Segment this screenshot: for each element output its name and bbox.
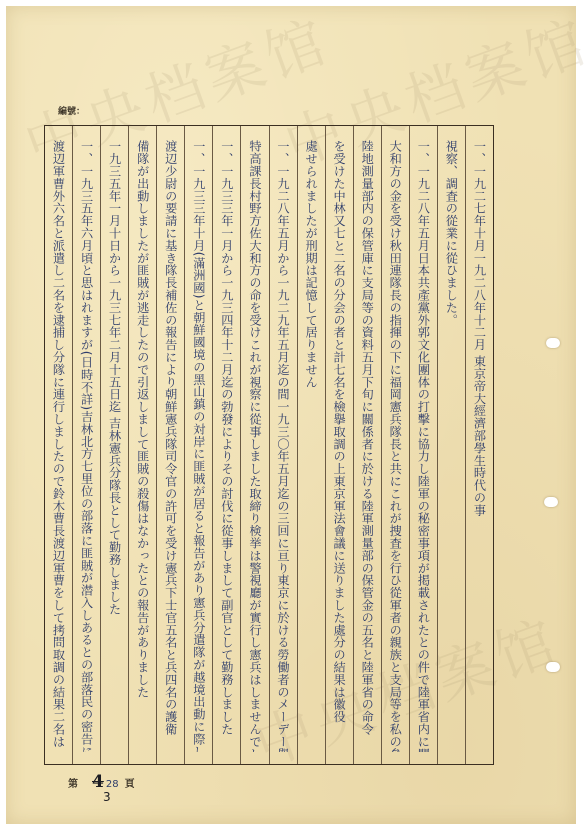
- handwritten-line: 渡辺少尉の要請に基き隊長補佐の報告により朝鮮憲兵隊司令官の許可を受け憲兵下士官五…: [164, 126, 178, 752]
- manuscript-column: 一、一九二八年五月から一九二九年五月迄の間一九三〇年五月迄の三回に亘り東京に於け…: [269, 126, 297, 764]
- manuscript-column: を受けた中林又七と二名の分会の者と計七名を檢擧取調の上東京軍法會議に送りました處…: [325, 126, 353, 764]
- page-number-corrected: 28: [106, 779, 119, 790]
- handwritten-line: 一、一九三五年六月頃と思はれますが(日時不詳)吉林北方七里位の部落に匪賊が潜入し…: [80, 126, 94, 752]
- manuscript-column: 處せられましたが刑期は記憶して居りません: [297, 126, 325, 764]
- handwritten-line: 一、一九二八年五月から一九二九年五月迄の間一九三〇年五月迄の三回に亘り東京に於け…: [276, 126, 290, 752]
- manuscript-column: 渡辺少尉の要請に基き隊長補佐の報告により朝鮮憲兵隊司令官の許可を受け憲兵下士官五…: [156, 126, 184, 764]
- manuscript-column: 一、一九二八年五月日本共產黨外郭文化團体の打擊に協力し陸軍の秘密事項が掲載された…: [409, 126, 437, 764]
- handwritten-line: 一九三五年一月十日から一九三七年二月十五日迄 吉林憲兵分隊長として勤務しました: [108, 126, 122, 752]
- form-number-label: 編號：: [58, 104, 85, 117]
- page-number-struck: 4: [92, 772, 104, 792]
- handwritten-line: 大和方の金を受け秋田連隊長の指揮の下に福岡憲兵隊長と共にこれが捜査を行ひ從軍者の…: [388, 126, 402, 752]
- binding-hole: [544, 497, 558, 507]
- manuscript-grid: 一、一九二七年十月一九二八年十二月 東京帝大經濟部學生時代の事視察、調査の從業に…: [44, 125, 494, 765]
- handwritten-line: 備隊が出動しましたが匪賊が逃走したので引返しまして匪賊の殺傷はなかったとの報告が…: [136, 126, 150, 752]
- manuscript-column: 特高課長村野方佐大和方の命を受けこれが視察に從事しました取締り検挙は警視廳が實行…: [240, 126, 268, 764]
- page-suffix: 頁: [125, 775, 135, 790]
- binding-hole: [546, 662, 560, 672]
- handwritten-line: を受けた中林又七と二名の分会の者と計七名を檢擧取調の上東京軍法會議に送りました處…: [332, 126, 346, 752]
- page-number-footer: 第 4 28 頁 3: [68, 772, 135, 792]
- handwritten-line: 視察、調査の從業に從ひました。: [444, 126, 458, 752]
- page-prefix: 第: [68, 775, 78, 790]
- handwritten-line: 渡辺軍曹外六名と派遣し二名を逮捕し分隊に連行しましたので鈴木曹長渡辺軍曹をして拷…: [52, 126, 66, 752]
- manuscript-column: 渡辺軍曹外六名と派遣し二名を逮捕し分隊に連行しましたので鈴木曹長渡辺軍曹をして拷…: [45, 126, 72, 764]
- handwritten-line: 一、一九二八年五月日本共產黨外郭文化團体の打擊に協力し陸軍の秘密事項が掲載された…: [416, 126, 430, 752]
- manuscript-column: 一九三五年一月十日から一九三七年二月十五日迄 吉林憲兵分隊長として勤務しました: [100, 126, 128, 764]
- handwritten-line: 一、一九三三年十月(滿洲國)と朝鮮國境の黑山鎮の対岸に匪賊が居ると報告があり憲兵…: [192, 126, 206, 752]
- handwritten-line: 陸地測量部内の保管庫に支局等の資料五月下旬に關係者に於ける陸軍測量部の保管金の五…: [360, 126, 374, 752]
- handwritten-line: 處せられましたが刑期は記憶して居りません: [304, 126, 318, 752]
- handwritten-line: 一、一九二七年十月一九二八年十二月 東京帝大經濟部學生時代の事: [472, 126, 486, 752]
- manuscript-column: 一、一九三三年十月(滿洲國)と朝鮮國境の黑山鎮の対岸に匪賊が居ると報告があり憲兵…: [184, 126, 212, 764]
- manuscript-column: 一、一九三三年一月から一九三四年十二月迄の勃發によりその討伐に從事しまして副官と…: [212, 126, 240, 764]
- page-number-sub: 3: [103, 790, 111, 804]
- binding-hole: [546, 338, 560, 348]
- manuscript-column: 備隊が出動しましたが匪賊が逃走したので引返しまして匪賊の殺傷はなかったとの報告が…: [128, 126, 156, 764]
- manuscript-column: 陸地測量部内の保管庫に支局等の資料五月下旬に關係者に於ける陸軍測量部の保管金の五…: [353, 126, 381, 764]
- manuscript-column: 大和方の金を受け秋田連隊長の指揮の下に福岡憲兵隊長と共にこれが捜査を行ひ從軍者の…: [381, 126, 409, 764]
- handwritten-line: 特高課長村野方佐大和方の命を受けこれが視察に從事しました取締り検挙は警視廳が實行…: [248, 126, 262, 752]
- manuscript-column: 一、一九三五年六月頃と思はれますが(日時不詳)吉林北方七里位の部落に匪賊が潜入し…: [72, 126, 100, 764]
- manuscript-column: 視察、調査の從業に從ひました。: [437, 126, 465, 764]
- manuscript-column: 一、一九二七年十月一九二八年十二月 東京帝大經濟部學生時代の事: [465, 126, 493, 764]
- handwritten-line: 一、一九三三年一月から一九三四年十二月迄の勃發によりその討伐に從事しまして副官と…: [220, 126, 234, 752]
